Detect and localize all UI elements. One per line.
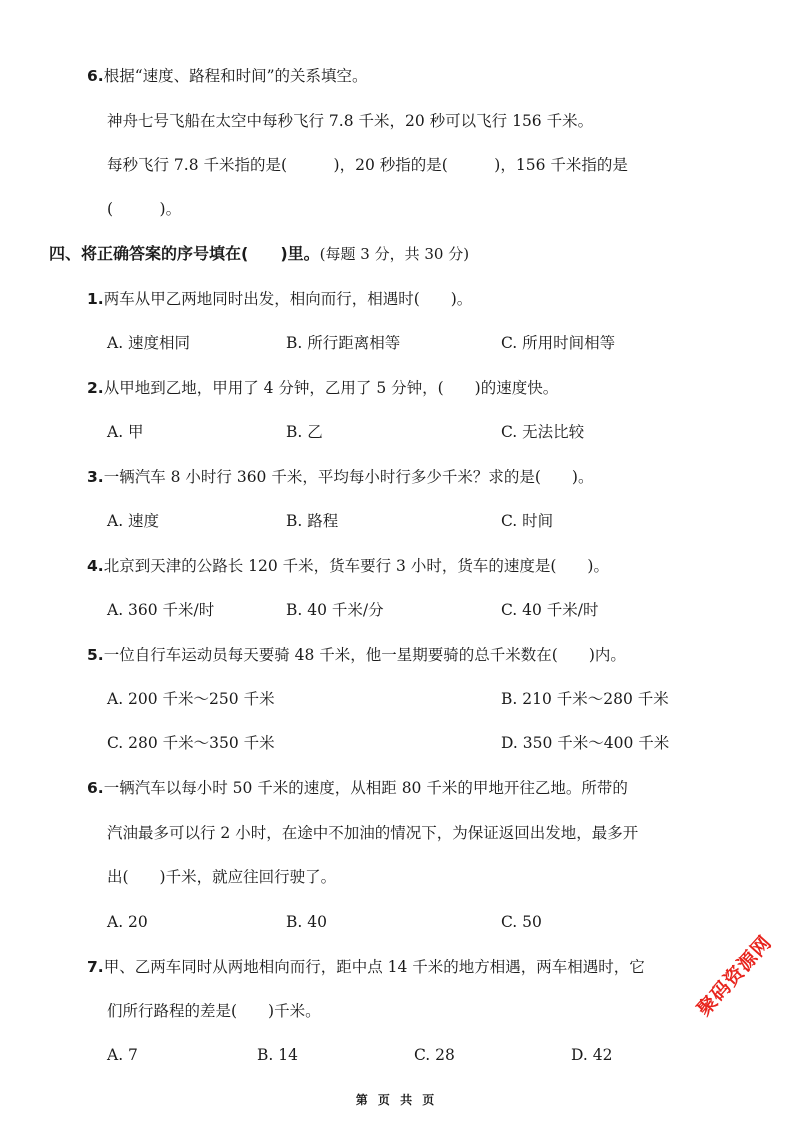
q3-option-a: A. 速度 bbox=[107, 511, 159, 531]
q2-option-c: C. 无法比较 bbox=[501, 422, 584, 442]
question-number: 1. bbox=[87, 290, 104, 308]
question-7-line-2: 们所行路程的差是( )千米。 bbox=[107, 1001, 321, 1021]
question-number: 6. bbox=[87, 67, 104, 85]
q5-option-c: C. 280 千米～350 千米 bbox=[107, 733, 275, 753]
watermark-stamp: 聚码资源网 bbox=[690, 929, 777, 1021]
section-title: 四、将正确答案的序号填在( )里。 bbox=[49, 244, 320, 263]
q3-6-fill-line-1: 每秒飞行 7.8 千米指的是( )，20 秒指的是( )，156 千米指的是 bbox=[107, 155, 628, 175]
question-2: 2.从甲地到乙地，甲用了 4 分钟，乙用了 5 分钟，( )的速度快。 bbox=[87, 378, 558, 398]
q5-option-a: A. 200 千米～250 千米 bbox=[107, 689, 275, 709]
q3-6-fill-line-2: ( )。 bbox=[107, 199, 181, 219]
q3-option-b: B. 路程 bbox=[286, 511, 338, 531]
page-footer: 第 页 共 页 bbox=[0, 1091, 793, 1108]
question-number: 7. bbox=[87, 958, 104, 976]
question-5: 5.一位自行车运动员每天要骑 48 千米，他一星期要骑的总千米数在( )内。 bbox=[87, 645, 626, 665]
q3-6-sentence: 神舟七号飞船在太空中每秒飞行 7.8 千米，20 秒可以飞行 156 千米。 bbox=[107, 111, 593, 131]
q6-option-b: B. 40 bbox=[286, 912, 327, 932]
q2-option-a: A. 甲 bbox=[107, 422, 144, 442]
question-number: 5. bbox=[87, 646, 104, 664]
q3-option-c: C. 时间 bbox=[501, 511, 553, 531]
question-text: 两车从甲乙两地同时出发，相向而行，相遇时( )。 bbox=[104, 290, 473, 308]
q4-option-c: C. 40 千米/时 bbox=[501, 600, 599, 620]
q5-option-b: B. 210 千米～280 千米 bbox=[501, 689, 669, 709]
question-6-line-2: 汽油最多可以行 2 小时，在途中不加油的情况下，为保证返回出发地，最多开 bbox=[107, 823, 638, 843]
question-3: 3.一辆汽车 8 小时行 360 千米，平均每小时行多少千米？求的是( )。 bbox=[87, 467, 593, 487]
question-text: 一辆汽车 8 小时行 360 千米，平均每小时行多少千米？求的是( )。 bbox=[104, 468, 594, 486]
q6-option-a: A. 20 bbox=[107, 912, 148, 932]
question-number: 4. bbox=[87, 557, 104, 575]
question-7: 7.甲、乙两车同时从两地相向而行，距中点 14 千米的地方相遇，两车相遇时，它 bbox=[87, 957, 645, 977]
q1-option-c: C. 所用时间相等 bbox=[501, 333, 615, 353]
question-text: 一位自行车运动员每天要骑 48 千米，他一星期要骑的总千米数在( )内。 bbox=[104, 646, 626, 664]
q1-option-b: B. 所行距离相等 bbox=[286, 333, 400, 353]
question-number: 2. bbox=[87, 379, 104, 397]
question-text: 根据“速度、路程和时间”的关系填空。 bbox=[104, 67, 368, 85]
q7-option-c: C. 28 bbox=[414, 1045, 455, 1065]
section-4-heading: 四、将正确答案的序号填在( )里。(每题 3 分，共 30 分) bbox=[49, 244, 469, 264]
q4-option-a: A. 360 千米/时 bbox=[107, 600, 214, 620]
question-1: 1.两车从甲乙两地同时出发，相向而行，相遇时( )。 bbox=[87, 289, 472, 309]
q2-option-b: B. 乙 bbox=[286, 422, 323, 442]
q7-option-b: B. 14 bbox=[257, 1045, 298, 1065]
question-text: 甲、乙两车同时从两地相向而行，距中点 14 千米的地方相遇，两车相遇时，它 bbox=[104, 958, 645, 976]
question-6-line-3: 出( )千米，就应往回行驶了。 bbox=[107, 867, 336, 887]
q4-option-b: B. 40 千米/分 bbox=[286, 600, 384, 620]
section-score-note: (每题 3 分，共 30 分) bbox=[320, 245, 469, 263]
q6-option-c: C. 50 bbox=[501, 912, 542, 932]
question-text: 从甲地到乙地，甲用了 4 分钟，乙用了 5 分钟，( )的速度快。 bbox=[104, 379, 559, 397]
q5-option-d: D. 350 千米～400 千米 bbox=[501, 733, 669, 753]
q7-option-a: A. 7 bbox=[107, 1045, 138, 1065]
question-4: 4.北京到天津的公路长 120 千米，货车要行 3 小时，货车的速度是( )。 bbox=[87, 556, 609, 576]
q7-option-d: D. 42 bbox=[571, 1045, 612, 1065]
question-number: 6. bbox=[87, 779, 104, 797]
question-text: 北京到天津的公路长 120 千米，货车要行 3 小时，货车的速度是( )。 bbox=[104, 557, 609, 575]
q3-6-prompt-line: 6.根据“速度、路程和时间”的关系填空。 bbox=[87, 66, 368, 86]
question-number: 3. bbox=[87, 468, 104, 486]
q1-option-a: A. 速度相同 bbox=[107, 333, 190, 353]
question-6: 6.一辆汽车以每小时 50 千米的速度，从相距 80 千米的甲地开往乙地。所带的 bbox=[87, 778, 628, 798]
question-text: 一辆汽车以每小时 50 千米的速度，从相距 80 千米的甲地开往乙地。所带的 bbox=[104, 779, 628, 797]
